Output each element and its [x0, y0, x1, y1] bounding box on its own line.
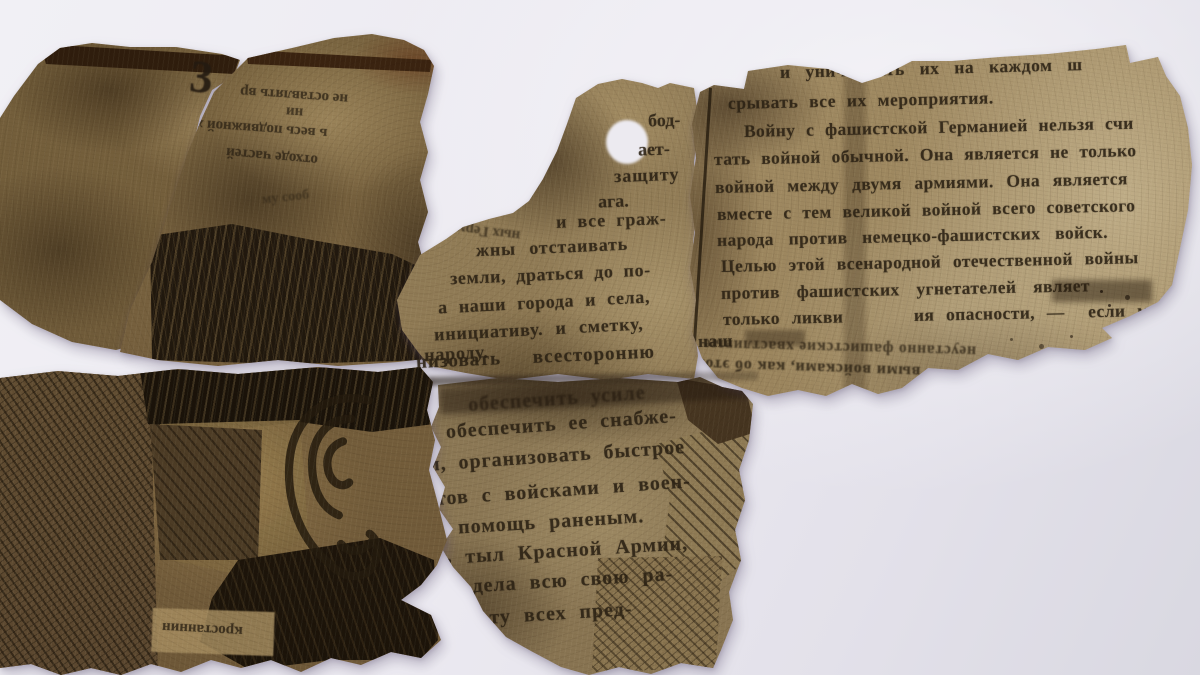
- column-end-text: ага.: [598, 190, 629, 212]
- paper-grain-texture: [0, 0, 1200, 675]
- burnt-edge: [0, 0, 1200, 675]
- rotated-text-line: не оставлять вр: [240, 82, 349, 107]
- rotated-reverse-text-line: выми войсками, как об этом: [693, 354, 921, 380]
- ear-engraving-illustration: [268, 388, 418, 583]
- paper-grain-texture: [0, 0, 1200, 675]
- portrait-hair-engraving: [0, 0, 1200, 675]
- text-line: земли, драться до по-: [450, 260, 651, 290]
- engraving-hatch-patch: [0, 0, 1200, 675]
- engraving-crosshatch-patch: [0, 0, 1200, 675]
- dirt-speckles: [1100, 290, 1103, 293]
- text-line: наш: [698, 330, 733, 352]
- caption-paper-strip: [151, 608, 274, 656]
- text-line: срывать все их мероприятия.: [728, 87, 994, 114]
- ink-smudge: [440, 372, 761, 415]
- fold-shadow: [428, 371, 758, 386]
- ink-smudge: [745, 330, 805, 346]
- text-line: ть тыл Красной Армии,: [429, 532, 688, 571]
- text-line: и все граж-: [556, 208, 667, 233]
- text-line: Войну с фашистской Германией нельзя счи: [744, 113, 1134, 142]
- paper-fragment-top-left-main: не оставлять вр ни ь весь подвижной же. …: [0, 0, 1200, 675]
- column-end-text: бод-: [648, 109, 681, 131]
- paper-fragment-top-left-scrap: 3: [0, 0, 1200, 675]
- rotated-flap-text: ных Герма: [447, 218, 521, 244]
- text-line: тов с войсками и воен-: [435, 470, 691, 511]
- text-line: только ликви ия опасности, — если мир: [723, 300, 1171, 330]
- text-line: м, организовать быстрое: [425, 436, 686, 477]
- text-line: тать войной обычной. Она является не тол…: [714, 140, 1137, 170]
- text-line: войной между двумя армиями. Она является: [715, 168, 1128, 198]
- portrait-hair-engraving: [0, 0, 1200, 675]
- rotated-caption-text: кростаннин: [162, 618, 244, 639]
- torn-hole: [606, 120, 648, 164]
- ink-smudge: [1052, 280, 1152, 302]
- portrait-cheek-area: [0, 0, 1200, 675]
- paper-fragment-bottom-left-portrait: кростаннин: [0, 0, 1200, 675]
- paper-grain-texture: [0, 0, 1200, 675]
- rotated-text-line: отходе частей: [225, 143, 318, 168]
- newspaper-column-rule: [692, 88, 712, 362]
- folded-paper-flap: [0, 0, 1200, 675]
- text-line: боту всех пред-: [467, 598, 633, 631]
- portrait-collar-engraving: [0, 0, 1200, 675]
- paper-fragment-bottom-center: обеспечить усиле обеспечить ее снабже- м…: [0, 0, 1200, 675]
- paper-grain-texture: [0, 0, 1200, 675]
- rotated-text-line: ни: [285, 102, 303, 120]
- text-line: ую помощь раненым.: [417, 505, 645, 542]
- text-line: Целью этой всенародной отечественной вой…: [721, 247, 1139, 277]
- rotated-reverse-text-line: неустанно фашистские хвастливые: [703, 334, 976, 359]
- partial-top-text-line: и уничтожать их на каждом ш: [780, 54, 1083, 83]
- text-line: обеспечить ее снабже-: [445, 405, 677, 444]
- column-end-text: защиту: [614, 164, 680, 187]
- text-line: а наши города и села,: [438, 286, 651, 318]
- faint-text-line: му сооб: [261, 188, 310, 209]
- text-line: народа против немецко-фашистских войск.: [717, 222, 1108, 251]
- paper-fragment-center: бод- ает- защиту ага. и все граж- жны от…: [0, 0, 1200, 675]
- engraving-stipple-background: [0, 0, 1200, 675]
- text-line: жны отстаивать: [476, 234, 629, 262]
- paper-grain-texture: [0, 0, 1200, 675]
- text-line: вместе с тем великой войной всего советс…: [717, 195, 1136, 225]
- column-end-text: ает-: [638, 138, 671, 160]
- headline-numeral: 3: [187, 49, 215, 104]
- text-line: против фашистских угнетателей являет: [721, 275, 1090, 304]
- text-line: инициативу. и сметку,: [434, 314, 644, 346]
- text-line: ого дела всю свою ра-: [427, 563, 674, 601]
- paper-grain-texture: [0, 0, 1200, 675]
- burnt-edge: [0, 0, 1200, 675]
- paper-fragment-top-right: и уничтожать их на каждом ш срывать все …: [0, 0, 1200, 675]
- rotated-text-line: ь весь подвижной же.: [182, 114, 328, 141]
- text-line-across-fold: низовать всесторонню: [416, 342, 656, 374]
- photo-of-newspaper-fragments: 3 не оставлять вр ни ь весь подвижной же…: [0, 0, 1200, 675]
- text-line: обеспечить усиле: [467, 382, 646, 417]
- engraving-hatch-patch: [0, 0, 1200, 675]
